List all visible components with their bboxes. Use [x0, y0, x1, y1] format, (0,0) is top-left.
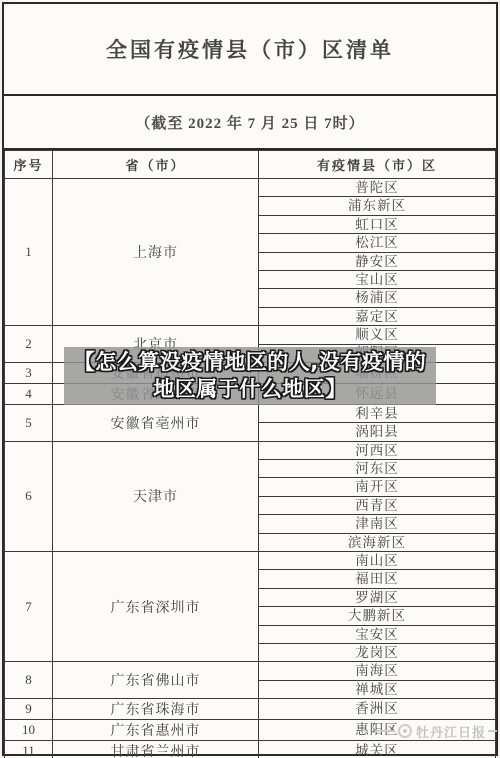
district-cell: 罗湖区 [259, 588, 496, 606]
serial-cell: 7 [5, 552, 53, 662]
district-cell: 南山区 [259, 552, 496, 570]
district-cell: 涡阳县 [259, 423, 496, 441]
district-cell: 顺义区 [259, 326, 496, 344]
district-cell: 滨海新区 [259, 533, 496, 551]
district-cell: 静安区 [259, 252, 496, 270]
province-cell: 天津市 [53, 441, 259, 551]
caption-line-1: 【怎么算没疫情地区的人,没有疫情的 [74, 349, 426, 376]
epidemic-table-body: 1上海市普陀区浦东新区虹口区松江区静安区宝山区杨浦区嘉定区2北京市顺义区朝阳区3… [5, 179, 496, 758]
table-row: 5安徽省亳州市利辛县 [5, 404, 496, 422]
caption-line-2: 地区属于什么地区】 [153, 376, 347, 403]
serial-cell: 2 [5, 326, 53, 363]
district-cell: 普陀区 [259, 179, 496, 197]
serial-cell: 1 [5, 179, 53, 326]
district-cell: 利辛县 [259, 404, 496, 422]
district-cell: 西青区 [259, 496, 496, 514]
district-cell: 河东区 [259, 460, 496, 478]
header-serial: 序号 [5, 151, 53, 179]
district-cell: 浦东新区 [259, 197, 496, 215]
serial-cell: 9 [5, 699, 53, 720]
header-province: 省（市） [53, 151, 259, 179]
district-cell: 嘉定区 [259, 307, 496, 325]
document-page: 全国有疫情县（市）区清单 （截至 2022 年 7 月 25 日 7时） 序号 … [0, 0, 500, 758]
province-cell: 甘肃省兰州市 [53, 741, 259, 758]
district-cell: 龙岗区 [259, 643, 496, 661]
serial-cell: 8 [5, 662, 53, 699]
serial-cell: 11 [5, 741, 53, 758]
table-row: 1上海市普陀区 [5, 179, 496, 197]
newspaper-logo-icon [398, 724, 412, 738]
watermark-dash [488, 730, 497, 732]
serial-cell: 6 [5, 441, 53, 551]
district-cell: 松江区 [259, 234, 496, 252]
serial-cell: 4 [5, 383, 53, 404]
table-row: 7广东省深圳市南山区 [5, 552, 496, 570]
table-row: 2北京市顺义区 [5, 326, 496, 344]
district-cell: 禅城区 [259, 680, 496, 698]
watermark: 牡丹江日报 [375, 721, 497, 741]
district-cell: 宝山区 [259, 270, 496, 288]
table-row: 8广东省佛山市南海区 [5, 662, 496, 680]
province-cell: 广东省深圳市 [53, 552, 259, 662]
table-row: 9广东省珠海市香洲区 [5, 699, 496, 720]
epidemic-table: 序号 省（市） 有疫情县（市）区 1上海市普陀区浦东新区虹口区松江区静安区宝山区… [4, 150, 496, 758]
district-cell: 南开区 [259, 478, 496, 496]
serial-cell: 5 [5, 404, 53, 441]
province-cell: 安徽省亳州市 [53, 404, 259, 441]
document-title: 全国有疫情县（市）区清单 [4, 4, 496, 96]
serial-cell: 3 [5, 362, 53, 383]
district-cell: 南海区 [259, 662, 496, 680]
district-cell: 大鹏新区 [259, 607, 496, 625]
province-cell: 广东省珠海市 [53, 699, 259, 720]
watermark-dash [375, 730, 395, 732]
district-cell: 虹口区 [259, 215, 496, 233]
watermark-text: 牡丹江日报 [416, 722, 486, 741]
province-cell: 广东省惠州市 [53, 720, 259, 741]
table-row: 6天津市河西区 [5, 441, 496, 459]
district-cell: 津南区 [259, 515, 496, 533]
province-cell: 广东省佛山市 [53, 662, 259, 699]
header-district: 有疫情县（市）区 [259, 151, 496, 179]
district-cell: 河西区 [259, 441, 496, 459]
caption-overlay: 【怎么算没疫情地区的人,没有疫情的 地区属于什么地区】 [64, 347, 436, 405]
district-cell: 香洲区 [259, 699, 496, 720]
table-header-row: 序号 省（市） 有疫情县（市）区 [5, 151, 496, 179]
district-cell: 宝安区 [259, 625, 496, 643]
table-row: 11甘肃省兰州市城关区 [5, 741, 496, 758]
district-cell: 福田区 [259, 570, 496, 588]
serial-cell: 10 [5, 720, 53, 741]
district-cell: 杨浦区 [259, 289, 496, 307]
province-cell: 上海市 [53, 179, 259, 326]
document-subtitle: （截至 2022 年 7 月 25 日 7时） [4, 96, 496, 150]
district-cell: 城关区 [259, 741, 496, 758]
